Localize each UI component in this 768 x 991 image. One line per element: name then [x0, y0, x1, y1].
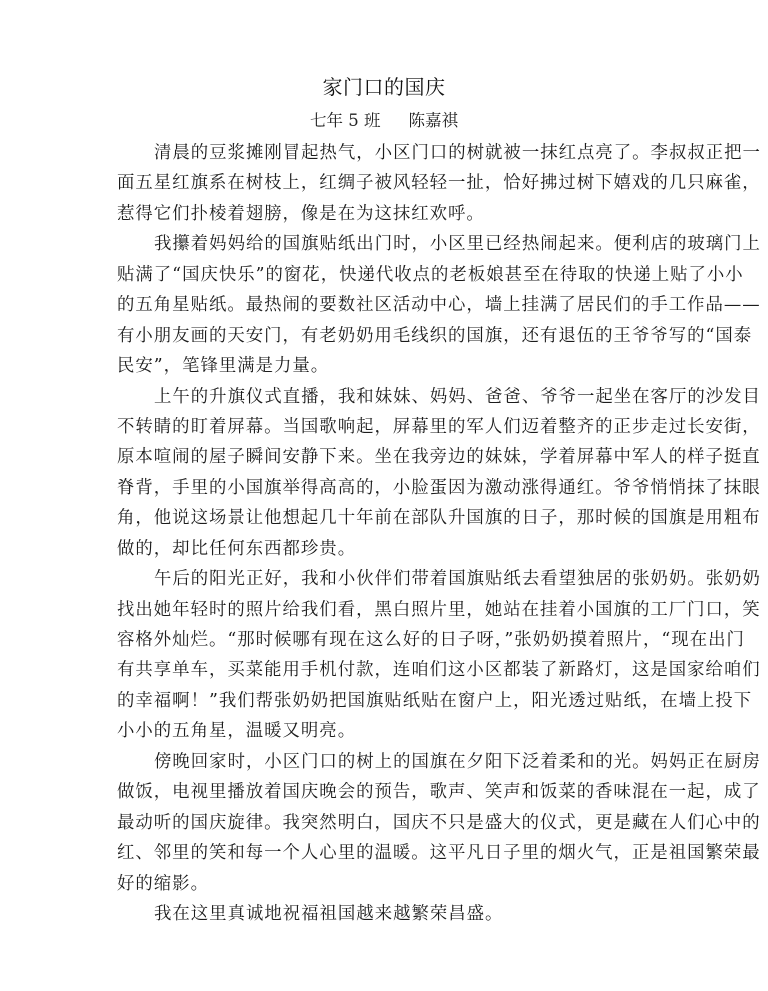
text-line: 角，他说这场景让他想起几十年前在部队升国旗的日子，那时候的国旗是用粗布 — [117, 503, 657, 533]
text-line: 我攥着妈妈给的国旗贴纸出门时，小区里已经热闹起来。便利店的玻璃门上 — [117, 229, 657, 259]
text-line: 有共享单车，买菜能用手机付款，连咱们这小区都装了新路灯，这是国家给咱们 — [117, 655, 657, 685]
paragraph-6: 我在这里真诚地祝福祖国越来越繁荣昌盛。 — [117, 899, 657, 929]
text-line: 贴满了“国庆快乐”的窗花，快递代收点的老板娘甚至在待取的快递上贴了小小 — [117, 260, 657, 290]
text-line: 原本喧闹的屋子瞬间安静下来。坐在我旁边的妹妹，学着屏幕中军人的样子挺直 — [117, 442, 657, 472]
byline-class: 七年 5 班 — [310, 111, 381, 130]
text-line: 上午的升旗仪式直播，我和妹妹、妈妈、爸爸、爷爷一起坐在客厅的沙发目 — [117, 382, 657, 412]
text-line: 脊背，手里的小国旗举得高高的，小脸蛋因为激动涨得通红。爷爷悄悄抹了抹眼 — [117, 473, 657, 503]
byline: 七年 5 班陈嘉祺 — [0, 110, 768, 132]
text-line: 的五角星贴纸。最热闹的要数社区活动中心，墙上挂满了居民们的手工作品—— — [117, 290, 657, 320]
text-line: 小小的五角星，温暖又明亮。 — [117, 716, 657, 746]
text-line: 不转睛的盯着屏幕。当国歌响起，屏幕里的军人们迈着整齐的正步走过长安街， — [117, 412, 657, 442]
document-title: 家门口的国庆 — [0, 74, 768, 100]
text-line: 傍晚回家时，小区门口的树上的国旗在夕阳下泛着柔和的光。妈妈正在厨房 — [117, 747, 657, 777]
text-line: 好的缩影。 — [117, 869, 657, 899]
paragraph-3: 上午的升旗仪式直播，我和妹妹、妈妈、爸爸、爷爷一起坐在客厅的沙发目 不转睛的盯着… — [117, 382, 657, 565]
document-page: 家门口的国庆 七年 5 班陈嘉祺 清晨的豆浆摊刚冒起热气，小区门口的树就被一抹红… — [0, 0, 768, 991]
text-line: 清晨的豆浆摊刚冒起热气，小区门口的树就被一抹红点亮了。李叔叔正把一 — [117, 138, 657, 168]
text-line: 惹得它们扑棱着翅膀，像是在为这抹红欢呼。 — [117, 199, 657, 229]
article-body: 清晨的豆浆摊刚冒起热气，小区门口的树就被一抹红点亮了。李叔叔正把一 面五星红旗系… — [117, 138, 657, 929]
text-line: 容格外灿烂。“那时候哪有现在这么好的日子呀，”张奶奶摸着照片，“现在出门 — [117, 625, 657, 655]
text-line: 面五星红旗系在树枝上，红绸子被风轻轻一扯，恰好拂过树下嬉戏的几只麻雀， — [117, 168, 657, 198]
text-line: 午后的阳光正好，我和小伙伴们带着国旗贴纸去看望独居的张奶奶。张奶奶 — [117, 564, 657, 594]
text-line: 找出她年轻时的照片给我们看，黑白照片里，她站在挂着小国旗的工厂门口，笑 — [117, 595, 657, 625]
paragraph-1: 清晨的豆浆摊刚冒起热气，小区门口的树就被一抹红点亮了。李叔叔正把一 面五星红旗系… — [117, 138, 657, 229]
text-line: 做的，却比任何东西都珍贵。 — [117, 534, 657, 564]
text-line: 民安”，笔锋里满是力量。 — [117, 351, 657, 381]
text-line: 红、邻里的笑和每一个人心里的温暖。这平凡日子里的烟火气，正是祖国繁荣最 — [117, 838, 657, 868]
byline-author: 陈嘉祺 — [409, 111, 459, 130]
text-line: 的幸福啊！”我们帮张奶奶把国旗贴纸贴在窗户上，阳光透过贴纸，在墙上投下 — [117, 686, 657, 716]
paragraph-4: 午后的阳光正好，我和小伙伴们带着国旗贴纸去看望独居的张奶奶。张奶奶 找出她年轻时… — [117, 564, 657, 747]
text-line: 有小朋友画的天安门，有老奶奶用毛线织的国旗，还有退伍的王爷爷写的“国泰 — [117, 321, 657, 351]
paragraph-5: 傍晚回家时，小区门口的树上的国旗在夕阳下泛着柔和的光。妈妈正在厨房 做饭，电视里… — [117, 747, 657, 899]
text-line: 做饭，电视里播放着国庆晚会的预告，歌声、笑声和饭菜的香味混在一起，成了 — [117, 777, 657, 807]
text-line: 我在这里真诚地祝福祖国越来越繁荣昌盛。 — [117, 899, 657, 929]
text-line: 最动听的国庆旋律。我突然明白，国庆不只是盛大的仪式，更是藏在人们心中的 — [117, 808, 657, 838]
paragraph-2: 我攥着妈妈给的国旗贴纸出门时，小区里已经热闹起来。便利店的玻璃门上 贴满了“国庆… — [117, 229, 657, 381]
